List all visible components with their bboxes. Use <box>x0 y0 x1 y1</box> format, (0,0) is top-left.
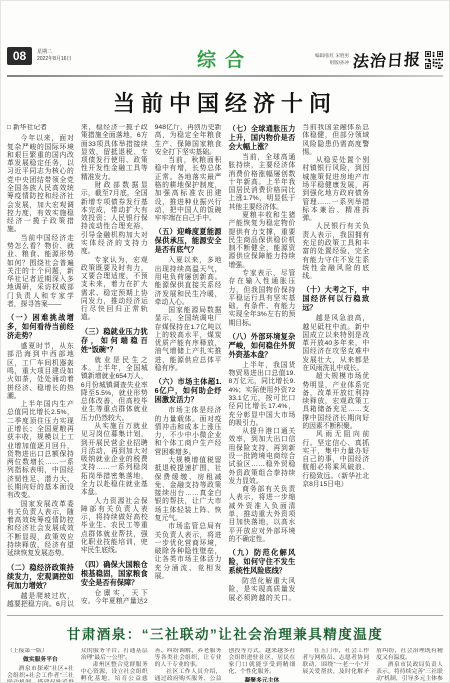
question-heading: （二）稳经济政策持续发力，宏观调控如何加力增效？ <box>7 563 74 590</box>
article-paragraph: 风雨无阻向前行。坚定信心、真抓实干，集中力量办好自己的事，中国经济航船必将乘风破… <box>302 431 369 489</box>
article-paragraph: 超大规模市场优势明显，产业体系完备，改革开放红利持续释放，宏观政策工具箱储备充足… <box>302 373 369 431</box>
article-paragraph: 专家表示，尽管存在输入性通胀压力，但我国物价保持平稳运行具有坚实基础，有条件、有… <box>228 270 295 328</box>
section-subhead: 做实服务平台 <box>7 657 74 664</box>
article-paragraph: 盛夏时节，从东部沿海到中西部地区，工厂车间机器轰鸣，重大项目建设如火如荼，处处涌… <box>7 343 74 401</box>
article-paragraph: 专家认为，宏观政策既要及时有力，又要合理适度，不预支未来，着力在扩大需求、稳定预… <box>81 257 148 323</box>
question-heading: （三）稳就业压力犹存，如何端稳百姓“饭碗”？ <box>81 327 148 354</box>
article-paragraph: 当前中国经济走势怎么看？物价、就业、粮食、能源形势如何？围绕社会普遍关注的十个问… <box>7 235 74 310</box>
article-paragraph: 从提升港口通关效率，到加大出口信用保险支持，再到新设一批跨境电商综合试验区……稳… <box>228 428 295 486</box>
bottom-headline: 甘肃酒泉：“三社联动”让社会治理兼具精度温度 <box>7 623 443 643</box>
article-paragraph: 当前，秋粮面积稳中有增，长势总体正常。各地落实最严格的耕地保护制度，加强高标准农… <box>155 157 222 223</box>
article-paragraph: 大规模增值税留抵退税提速扩围，社保费缓缴、房租减免、金融支持等政策接续出台……真… <box>155 457 222 523</box>
page-header: 08 星期二 2022年8月16日 综合 编辑/张红 宋胜男 组版/孙冲 法治日… <box>7 47 443 71</box>
article-paragraph: 人民银行有关负责人表示，我国拥有充足的政策工具和丰富的处置经验，完全有能力守住不… <box>302 223 369 281</box>
article-paragraph: 就业是民生之本。上半年，全国城镇新增就业654万人，6月份城镇调查失业率降至5.… <box>81 357 148 423</box>
article-paragraph: 财政部数据显示，截至7月底，全国新增专项债券发行基本完成，带动扩大有效投资；人民… <box>81 182 148 257</box>
question-heading: （六）市场主体超1.6亿户，如何助企纾困激发活力？ <box>155 377 222 404</box>
article-paragraph: 上半年国内生产总值同比增长2.5%，二季度顶住压力实现正增长；全国夏粮再获丰收，… <box>7 401 74 500</box>
question-heading: （四）确保大国粮仓根基稳固，国家粮食安全是否有保障？ <box>81 560 148 587</box>
article-paragraph: 商务部有关负责人表示，将进一步缩减外资准入负面清单，推动重大外资项目加快落地，以… <box>228 486 295 544</box>
question-heading: （九）防范化解风险，如何守住不发生系统性风险底线？ <box>228 548 295 575</box>
question-heading: （一）困难挑战增多，如何看待当前经济走势？ <box>7 313 74 340</box>
article-paragraph: 国家能源局数据显示，全国统调电厂存煤保持在1.7亿吨以上的较高水平，煤炭优质产能… <box>155 307 222 373</box>
article-paragraph: 入夏以来，多地出现持续高温天气，用电负荷屡创新高。能源保供直接关系经济发展和民生… <box>155 257 222 307</box>
section-divider <box>7 615 443 616</box>
header-divider <box>7 75 443 77</box>
article-paragraph: 夏粮丰收和生猪产能恢复为稳定物价提供有力支撑，重要民生商品保供稳价机制不断健全，… <box>228 212 295 270</box>
article-paragraph: 市场主体是经济的力量载体。面对疫情冲击和成本上涨压力，不少中小微企业和个体工商户… <box>155 407 222 457</box>
question-heading: （五）迎峰度夏能源保供承压，能源安全是否有底气？ <box>155 227 222 254</box>
question-heading: （十）大考之下，中国经济何以行稳致远？ <box>302 285 369 312</box>
newspaper-page: 08 星期二 2022年8月16日 综合 编辑/张红 宋胜男 组版/孙冲 法治日… <box>1 47 449 683</box>
article-paragraph: 人力资源社会保障部有关负责人表示，将持续做好高校毕业生、农民工等重点群体就业帮扶… <box>81 498 148 556</box>
article-paragraph: 当前，全球高通胀持续，主要经济体消费价格涨幅屡创数十年新高。上半年我国居民消费价… <box>228 154 295 212</box>
article-paragraph: 越是风急浪高，越见砥柱中流。新中国成立以来特别是改革开放40多年来，中国经济在攻… <box>302 315 369 373</box>
article-paragraph: 从实施百万就业见习岗位募集计划，到开展民营企业招聘月活动，再到加大对吸纳就业企业… <box>81 423 148 498</box>
bottom-article-body: （上接第一版）做实服务平台酒泉市探索“社区+社会组织+社会工作者”三社联动机制，… <box>7 648 443 683</box>
question-heading: （七）全球通胀压力上升，国内物价是否会大幅上涨？ <box>228 124 295 151</box>
continuation-note: （上接第一版） <box>7 648 74 655</box>
main-headline: 当前中国经济十问 <box>7 87 443 118</box>
byline: □ 新华社记者 <box>7 124 74 132</box>
article-paragraph: 今年以来，面对复杂严峻的国际环境和艰巨繁重的国内改革发展稳定任务，以习近平同志为… <box>7 135 74 234</box>
question-heading: （八）外部环境复杂严峻，如何稳住外贸外资基本盘？ <box>228 332 295 359</box>
article-paragraph: 从稳妥处置个别村镇银行风险，到因城施策促进房地产市场平稳健康发展，再到强化地方政… <box>302 157 369 223</box>
article-paragraph: 上半年，我国货物贸易进出口总值19.8万亿元，同比增长9.4%；实际使用外资72… <box>228 362 295 428</box>
masthead-logo: 法治日报 <box>352 47 422 72</box>
article-paragraph: 国家发展改革委有关负责人表示，随着高效统筹疫情防控和经济社会发展成效不断显现，政… <box>7 501 74 559</box>
section-subhead: 凝聚多元主体 <box>228 678 295 683</box>
article-paragraph: 市场监管总局有关负责人表示，将进一步优化营商环境，破除各种隐性壁垒，让各类市场主… <box>155 523 222 581</box>
main-article-body: □ 新华社记者今年以来，面对复杂严峻的国际环境和艰巨繁重的国内改革发展稳定任务，… <box>7 124 443 610</box>
